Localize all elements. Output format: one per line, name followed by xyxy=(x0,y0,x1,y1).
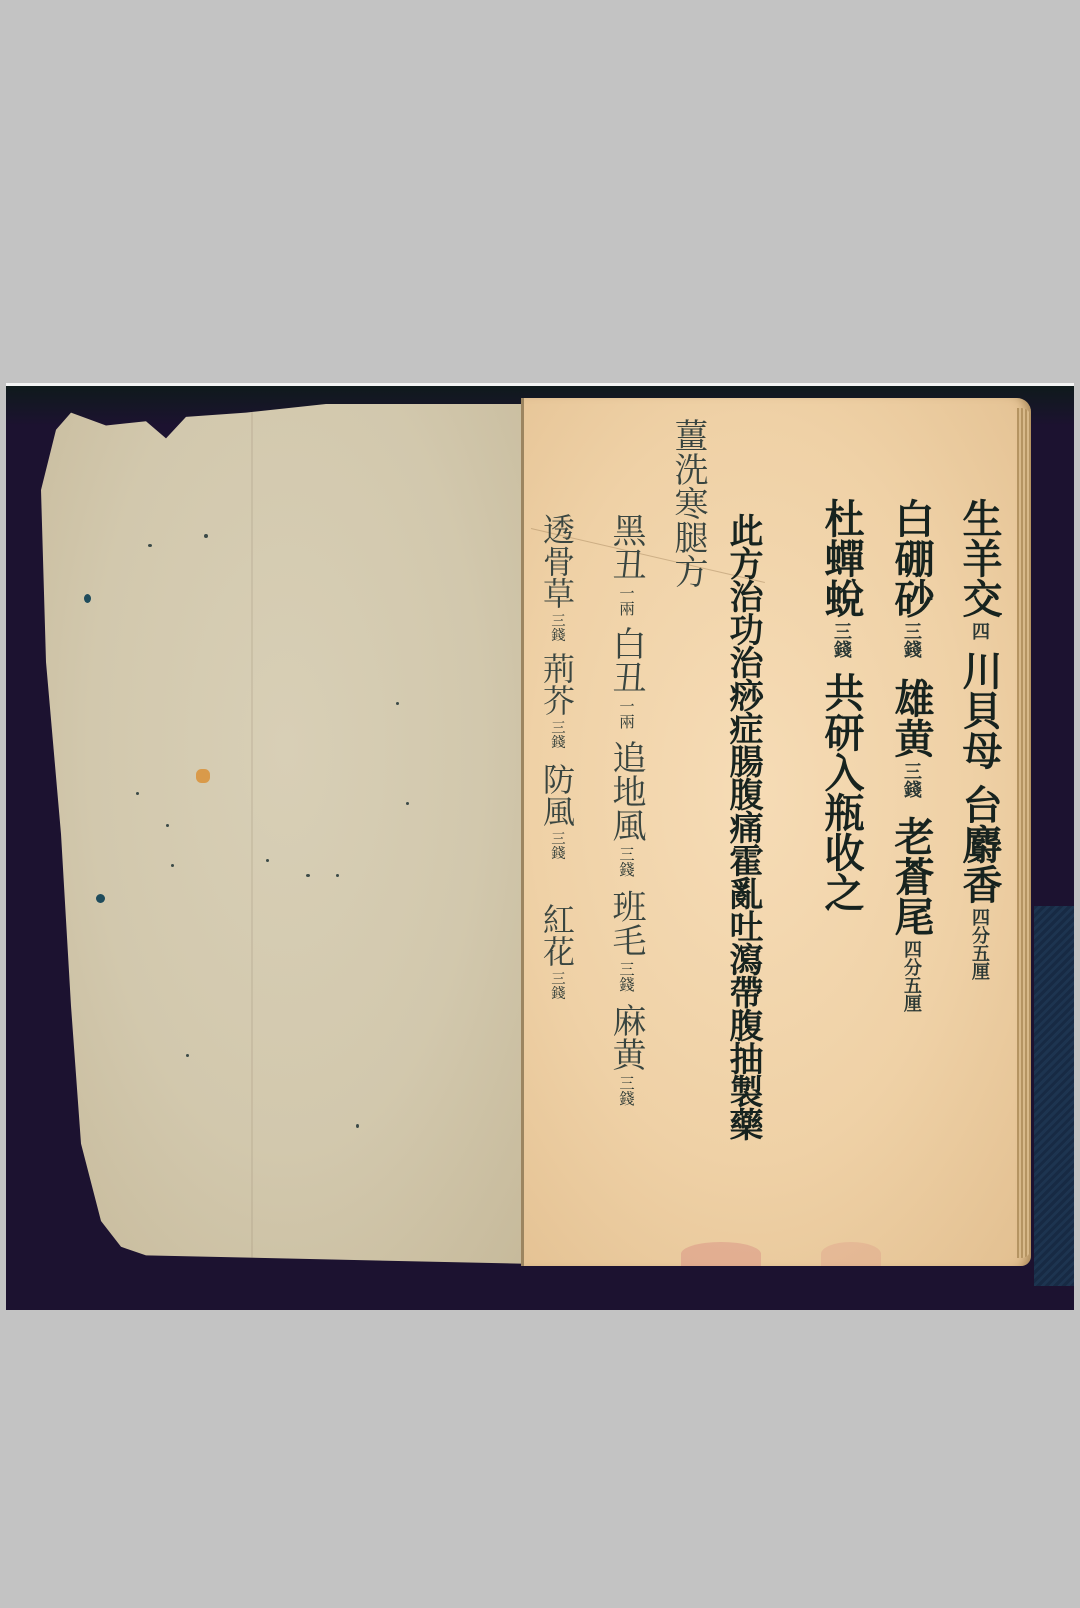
text-column-2: 白硼砂三錢雄黄三錢老蒼尾四分五厘 xyxy=(891,498,931,1016)
column-note: 三錢 xyxy=(617,961,635,992)
column-note: 三錢 xyxy=(831,622,852,658)
column-text: 共研入瓶收之 xyxy=(818,672,865,912)
column-text: 川貝母 xyxy=(956,650,1003,770)
column-text: 老蒼尾 xyxy=(888,816,935,936)
column-text: 透骨草 xyxy=(538,513,576,609)
stain xyxy=(821,1242,881,1266)
column-note: 三錢 xyxy=(549,720,565,749)
recipe-title: 薑洗寒腿方 xyxy=(671,418,705,588)
column-text: 紅花 xyxy=(538,903,576,967)
manuscript-photo: 生羊交四川貝母台麝香四分五厘 白硼砂三錢雄黄三錢老蒼尾四分五厘 杜蟬蛻三錢共研入… xyxy=(6,383,1074,1310)
column-text: 此方治功治痧症腸腹痛霍亂吐瀉帶腹抽製藥 xyxy=(723,513,763,1140)
column-text: 班毛 xyxy=(606,889,646,957)
ink-speck xyxy=(96,894,105,903)
text-column-3: 杜蟬蛻三錢共研入瓶收之 xyxy=(821,498,861,912)
column-note: 三錢 xyxy=(549,831,565,860)
column-text: 薑洗寒腿方 xyxy=(668,418,708,588)
column-note: 一兩 xyxy=(617,585,635,616)
page-edges xyxy=(1017,408,1031,1258)
text-column-4: 此方治功治痧症腸腹痛霍亂吐瀉帶腹抽製藥 xyxy=(726,513,760,1140)
ink-speck xyxy=(171,864,174,867)
column-note: 三錢 xyxy=(901,762,922,798)
column-text: 白丑 xyxy=(606,626,646,694)
text-column-1: 生羊交四川貝母台麝香四分五厘 xyxy=(959,498,999,984)
column-note: 四 xyxy=(969,622,990,640)
column-text: 黑丑 xyxy=(606,513,646,581)
ink-speck xyxy=(306,874,310,877)
column-note: 三錢 xyxy=(549,613,565,642)
ink-speck xyxy=(406,802,409,805)
column-text: 追地風 xyxy=(606,740,646,842)
spine-line xyxy=(521,398,524,1266)
column-note: 一兩 xyxy=(617,698,635,729)
ink-speck xyxy=(166,824,169,827)
column-text: 荊芥 xyxy=(538,652,576,716)
stain xyxy=(681,1242,761,1266)
column-note: 三錢 xyxy=(617,846,635,877)
column-note: 三錢 xyxy=(617,1075,635,1106)
column-text: 杜蟬蛻 xyxy=(818,498,865,618)
text-column-7: 透骨草三錢荊芥三錢防風三錢紅花三錢 xyxy=(541,513,573,1004)
column-text: 麻黄 xyxy=(606,1003,646,1071)
ink-speck xyxy=(186,1054,189,1057)
left-page xyxy=(36,404,536,1264)
backdrop-cloth xyxy=(1034,906,1074,1286)
ink-speck xyxy=(266,859,269,862)
column-text: 雄黄 xyxy=(888,678,935,758)
column-note: 四分五厘 xyxy=(901,940,922,1012)
page-fold xyxy=(251,404,253,1264)
ink-speck xyxy=(356,1124,359,1128)
column-note: 四分五厘 xyxy=(969,908,990,980)
column-text: 防風 xyxy=(538,763,576,827)
stain-spot xyxy=(196,769,210,783)
ink-speck xyxy=(84,594,91,603)
right-page: 生羊交四川貝母台麝香四分五厘 白硼砂三錢雄黄三錢老蒼尾四分五厘 杜蟬蛻三錢共研入… xyxy=(521,398,1031,1266)
column-text: 白硼砂 xyxy=(888,498,935,618)
ink-speck xyxy=(396,702,399,705)
column-note: 三錢 xyxy=(901,622,922,658)
ink-speck xyxy=(336,874,339,877)
column-text: 台麝香 xyxy=(956,784,1003,904)
column-note: 三錢 xyxy=(549,971,565,1000)
ink-speck xyxy=(136,792,139,795)
ink-speck xyxy=(148,544,152,547)
column-text: 生羊交 xyxy=(956,498,1003,618)
text-column-6: 黑丑一兩白丑一兩追地風三錢班毛三錢麻黄三錢 xyxy=(609,513,643,1110)
ink-speck xyxy=(204,534,208,538)
